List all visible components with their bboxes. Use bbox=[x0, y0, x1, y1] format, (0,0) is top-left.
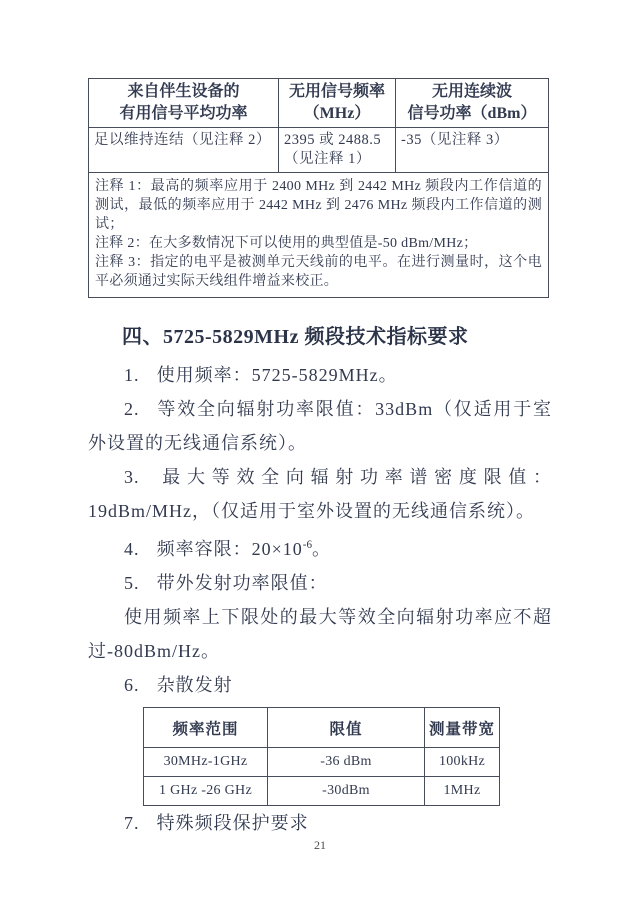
table2-header-range: 频率范围 bbox=[144, 708, 268, 748]
document-content: 来自伴生设备的 有用信号平均功率 无用信号频率 （MHz） 无用连续波 信号功率… bbox=[88, 78, 552, 840]
list-item-5: 5.带外发射功率限值： bbox=[88, 566, 552, 600]
table2-row-2: 1 GHz -26 GHz -30dBm 1MHz bbox=[144, 777, 500, 806]
header-line: 信号功率（dBm） bbox=[398, 103, 546, 125]
header-line: 来自伴生设备的 bbox=[91, 81, 276, 103]
item-number: 5. bbox=[124, 573, 140, 593]
table1-data-row: 足以维持连结（见注释 2） 2395 或 2488.5（见注释 1） -35（见… bbox=[89, 128, 549, 173]
table1-header-row: 来自伴生设备的 有用信号平均功率 无用信号频率 （MHz） 无用连续波 信号功率… bbox=[89, 79, 549, 128]
item-number: 4. bbox=[124, 539, 140, 559]
table1-header-col1: 来自伴生设备的 有用信号平均功率 bbox=[89, 79, 279, 128]
item-text: 特殊频段保护要求 bbox=[157, 813, 309, 833]
note-2: 注释 2：在大多数情况下可以使用的典型值是-50 dBm/MHz； bbox=[95, 234, 542, 253]
table-cell: 100kHz bbox=[425, 748, 500, 777]
note-1: 注释 1：最高的频率应用于 2400 MHz 到 2442 MHz 频段内工作信… bbox=[95, 177, 542, 234]
item-5-body: 使用频率上下限处的最大等效全向辐射功率应不超过-80dBm/Hz。 bbox=[88, 600, 552, 668]
item-text: 等效全向辐射功率限值：33dBm（仅适用于室外设置的无线通信系统）。 bbox=[88, 399, 552, 453]
companion-signal-table: 来自伴生设备的 有用信号平均功率 无用信号频率 （MHz） 无用连续波 信号功率… bbox=[88, 78, 549, 298]
section-heading: 四、5725-5829MHz 频段技术指标要求 bbox=[88, 324, 552, 350]
table2-header-row: 频率范围 限值 测量带宽 bbox=[144, 708, 500, 748]
item-text: 杂散发射 bbox=[157, 675, 233, 695]
item-text: 。 bbox=[312, 539, 331, 559]
list-item-3: 3.最大等效全向辐射功率谱密度限值：19dBm/MHz，（仅适用于室外设置的无线… bbox=[88, 460, 552, 528]
item-text: 频率容限：20×10 bbox=[157, 539, 303, 559]
item-number: 7. bbox=[124, 813, 140, 833]
list-item-4: 4.频率容限：20×10-6。 bbox=[88, 528, 552, 566]
list-item-1: 1.使用频率：5725-5829MHz。 bbox=[88, 358, 552, 392]
list-item-2: 2.等效全向辐射功率限值：33dBm（仅适用于室外设置的无线通信系统）。 bbox=[88, 392, 552, 460]
table2-header-limit: 限值 bbox=[268, 708, 425, 748]
table-cell: 1 GHz -26 GHz bbox=[144, 777, 268, 806]
item-text: 带外发射功率限值： bbox=[157, 573, 328, 593]
table2-row-1: 30MHz-1GHz -36 dBm 100kHz bbox=[144, 748, 500, 777]
header-line: （MHz） bbox=[281, 103, 393, 125]
item-number: 6. bbox=[124, 675, 140, 695]
table1-cell-frequency: 2395 或 2488.5（见注释 1） bbox=[279, 128, 396, 173]
note-3: 注释 3：指定的电平是被测单元天线前的电平。在进行测量时，这个电平必须通过实际天… bbox=[95, 253, 542, 291]
table1-header-col2: 无用信号频率 （MHz） bbox=[279, 79, 396, 128]
superscript-exponent: -6 bbox=[303, 539, 312, 551]
table-cell: 1MHz bbox=[425, 777, 500, 806]
item-number: 1. bbox=[124, 365, 140, 385]
list-item-6: 6.杂散发射 bbox=[88, 668, 552, 702]
item-number: 2. bbox=[124, 399, 140, 419]
item-text: 使用频率：5725-5829MHz。 bbox=[157, 365, 398, 385]
table1-notes-cell: 注释 1：最高的频率应用于 2400 MHz 到 2442 MHz 频段内工作信… bbox=[89, 173, 549, 298]
table-cell: 30MHz-1GHz bbox=[144, 748, 268, 777]
table1-cell-power: 足以维持连结（见注释 2） bbox=[89, 128, 279, 173]
table1-header-col3: 无用连续波 信号功率（dBm） bbox=[396, 79, 549, 128]
list-item-7: 7.特殊频段保护要求 bbox=[88, 806, 552, 840]
header-line: 无用连续波 bbox=[398, 81, 546, 103]
table-cell: -36 dBm bbox=[268, 748, 425, 777]
item-number: 3. bbox=[124, 467, 140, 487]
spurious-emission-table: 频率范围 限值 测量带宽 30MHz-1GHz -36 dBm 100kHz 1… bbox=[143, 707, 500, 806]
table1-cell-cw-power: -35（见注释 3） bbox=[396, 128, 549, 173]
header-line: 有用信号平均功率 bbox=[91, 103, 276, 125]
table2-header-bandwidth: 测量带宽 bbox=[425, 708, 500, 748]
page-number: 21 bbox=[0, 838, 640, 853]
table-cell: -30dBm bbox=[268, 777, 425, 806]
document-page: 来自伴生设备的 有用信号平均功率 无用信号频率 （MHz） 无用连续波 信号功率… bbox=[0, 0, 640, 905]
item-text: 最大等效全向辐射功率谱密度限值：19dBm/MHz，（仅适用于室外设置的无线通信… bbox=[88, 467, 552, 521]
header-line: 无用信号频率 bbox=[281, 81, 393, 103]
table1-notes-row: 注释 1：最高的频率应用于 2400 MHz 到 2442 MHz 频段内工作信… bbox=[89, 173, 549, 298]
